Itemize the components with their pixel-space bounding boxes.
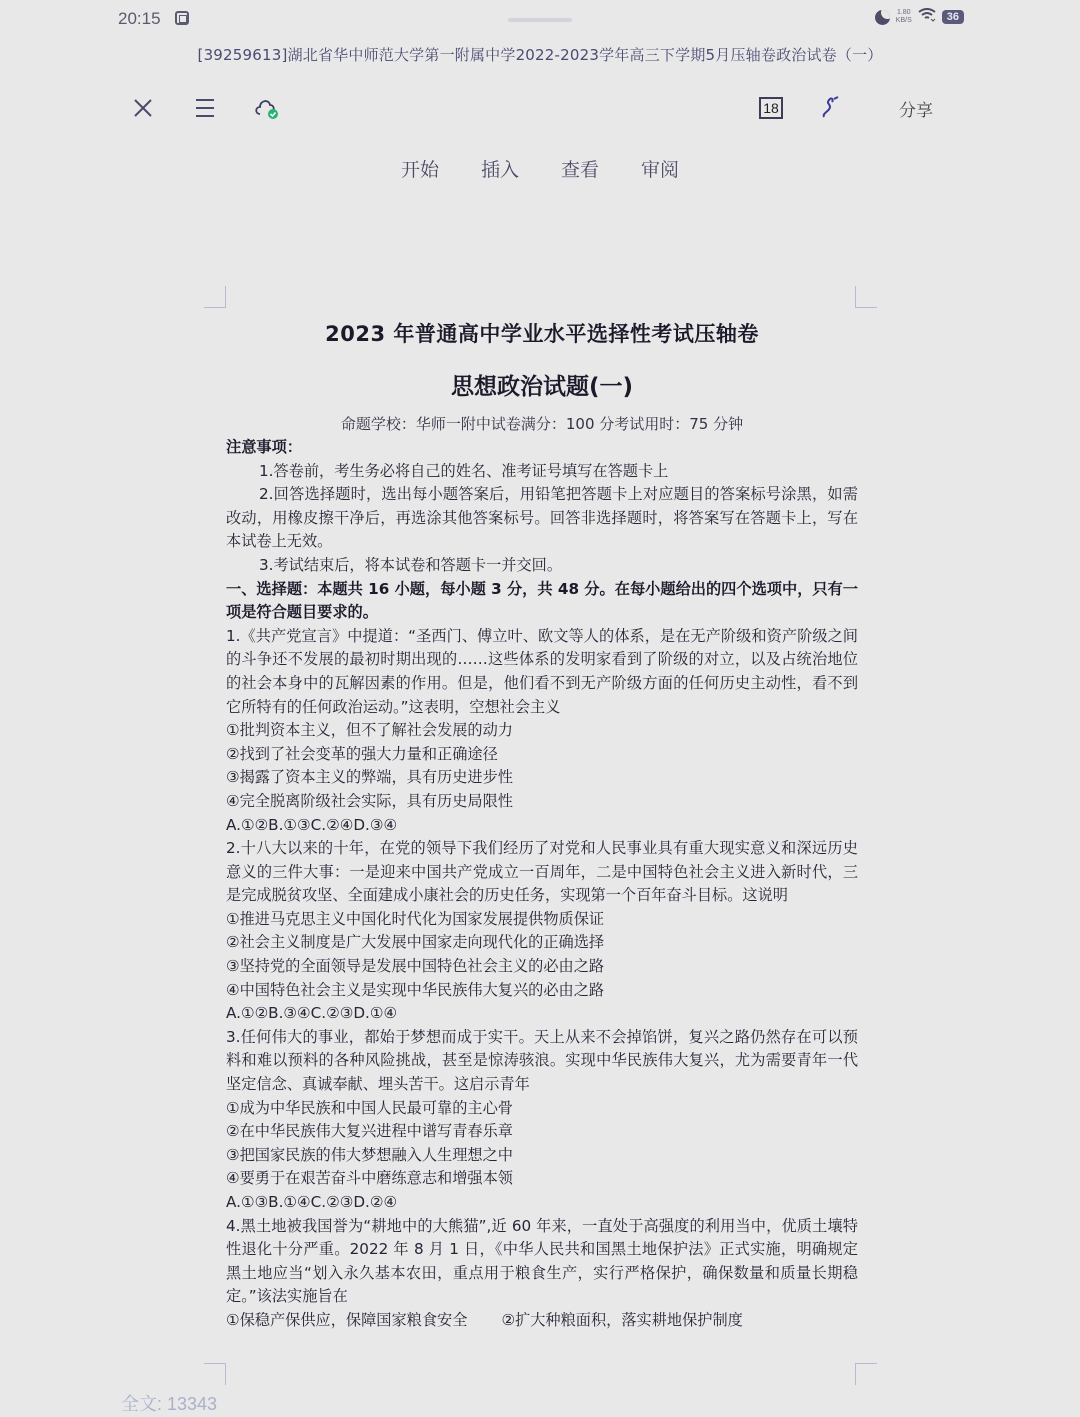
top-toolbar: 18 分享 bbox=[0, 90, 1080, 126]
note-item: 3.考试结束后，将本试卷和答题卡一并交回。 bbox=[226, 554, 858, 578]
status-indicators: 1.80 KB/S 36 bbox=[875, 8, 964, 26]
do-not-disturb-moon-icon bbox=[875, 10, 890, 25]
tab-start[interactable]: 开始 bbox=[401, 155, 439, 182]
share-button[interactable]: 分享 bbox=[888, 90, 944, 126]
question-option: ②扩大种粮面积，落实耕地保护制度 bbox=[501, 1309, 742, 1333]
section-heading: 一、选择题：本题共 16 小题，每小题 3 分，共 48 分。在每小题给出的四个… bbox=[226, 578, 858, 625]
question-stem: 4.黑土地被我国誉为“耕地中的大熊猫”,近 60 年来，一直处于高强度的利用当中… bbox=[226, 1215, 858, 1309]
wifi-icon bbox=[918, 8, 936, 26]
page-corner-mark bbox=[204, 1363, 226, 1385]
net-speed-unit: KB/S bbox=[896, 17, 912, 25]
drag-handle[interactable] bbox=[508, 18, 572, 22]
exam-meta: 命题学校：华师一附中试卷满分：100 分考试用时：75 分钟 bbox=[226, 413, 858, 434]
question-option: ①推进马克思主义中国化时代化为国家发展提供物质保证 bbox=[226, 908, 858, 932]
question-option: ①保稳产保供应，保障国家粮食安全 bbox=[226, 1309, 467, 1333]
question-option: ①成为中华民族和中国人民最可靠的主心骨 bbox=[226, 1097, 858, 1121]
answer-choices: A.①②B.③④C.②③D.①④ bbox=[226, 1002, 858, 1026]
close-icon bbox=[132, 97, 154, 119]
answer-choices: A.①③B.①④C.②③D.②④ bbox=[226, 1191, 858, 1215]
question-option: ②在中华民族伟大复兴进程中谱写青春乐章 bbox=[226, 1120, 858, 1144]
question-option: ②社会主义制度是广大发展中国家走向现代化的正确选择 bbox=[226, 931, 858, 955]
network-speed: 1.80 KB/S bbox=[896, 9, 912, 25]
answer-choices: A.①②B.①③C.②④D.③④ bbox=[226, 814, 858, 838]
document-body: 注意事项： 1.答卷前，考生务必将自己的姓名、准考证号填写在答题卡上 2.回答选… bbox=[226, 436, 858, 1333]
status-time: 20:15 bbox=[118, 9, 161, 29]
tab-view[interactable]: 查看 bbox=[561, 155, 599, 182]
notification-app-icon bbox=[175, 11, 189, 25]
page-corner-mark bbox=[855, 286, 877, 308]
question-option: ③揭露了资本主义的弊端，具有历史进步性 bbox=[226, 766, 858, 790]
question-option: ②找到了社会变革的强大力量和正确途径 bbox=[226, 743, 858, 767]
page-corner-mark bbox=[855, 1363, 877, 1385]
tab-review[interactable]: 审阅 bbox=[641, 155, 679, 182]
question-stem: 3.任何伟大的事业，都始于梦想而成于实干。天上从来不会掉馅饼，复兴之路仍然存在可… bbox=[226, 1026, 858, 1097]
question-option: ③把国家民族的伟大梦想融入人生理想之中 bbox=[226, 1144, 858, 1168]
question-option: ③坚持党的全面领导是发展中国特色社会主义的必由之路 bbox=[226, 955, 858, 979]
question-stem: 1.《共产党宣言》中提道：“圣西门、傅立叶、欧文等人的体系，是在无产阶级和资产阶… bbox=[226, 625, 858, 719]
pen-stroke-icon bbox=[820, 95, 846, 121]
question-option: ①批判资本主义，但不了解社会发展的动力 bbox=[226, 719, 858, 743]
battery-indicator: 36 bbox=[942, 10, 964, 24]
notes-heading: 注意事项： bbox=[226, 436, 858, 460]
word-count[interactable]: 全文: 13343 bbox=[121, 1390, 217, 1416]
note-item: 1.答卷前，考生务必将自己的姓名、准考证号填写在答题卡上 bbox=[226, 460, 858, 484]
menu-button[interactable] bbox=[190, 90, 220, 126]
tab-insert[interactable]: 插入 bbox=[481, 155, 519, 182]
cloud-synced-icon bbox=[253, 96, 281, 120]
net-speed-value: 1.80 bbox=[896, 9, 912, 17]
note-item: 2.回答选择题时，选出每小题答案后，用铅笔把答题卡上对应题目的答案标号涂黑，如需… bbox=[226, 483, 858, 554]
document-file-title: [39259613]湖北省华中师范大学第一附属中学2022-2023学年高三下学… bbox=[0, 44, 1080, 65]
status-bar: 20:15 1.80 KB/S 36 bbox=[0, 0, 1080, 38]
question-stem: 2.十八大以来的十年，在党的领导下我们经历了对党和人民事业具有重大现实意义和深远… bbox=[226, 837, 858, 908]
document-page[interactable]: 2023 年普通高中学业水平选择性考试压轴卷 思想政治试题(一) 命题学校：华师… bbox=[226, 300, 858, 1333]
hamburger-menu-icon bbox=[194, 98, 216, 118]
question-options-inline: ①保稳产保供应，保障国家粮食安全 ②扩大种粮面积，落实耕地保护制度 bbox=[226, 1309, 858, 1333]
ribbon-tabs: 开始 插入 查看 审阅 bbox=[0, 155, 1080, 182]
exam-subtitle: 思想政治试题(一) bbox=[226, 368, 858, 401]
question-option: ④要勇于在艰苦奋斗中磨练意志和增强本领 bbox=[226, 1167, 858, 1191]
page-corner-mark bbox=[204, 286, 226, 308]
exam-title: 2023 年普通高中学业水平选择性考试压轴卷 bbox=[226, 318, 858, 348]
question-option: ④中国特色社会主义是实现中华民族伟大复兴的必由之路 bbox=[226, 979, 858, 1003]
question-option: ④完全脱离阶级社会实际，具有历史局限性 bbox=[226, 790, 858, 814]
page-count-icon: 18 bbox=[759, 97, 783, 119]
cloud-sync-button[interactable] bbox=[252, 90, 282, 126]
page-count-button[interactable]: 18 bbox=[756, 90, 786, 126]
close-button[interactable] bbox=[128, 90, 158, 126]
pen-annotate-button[interactable] bbox=[818, 90, 848, 126]
